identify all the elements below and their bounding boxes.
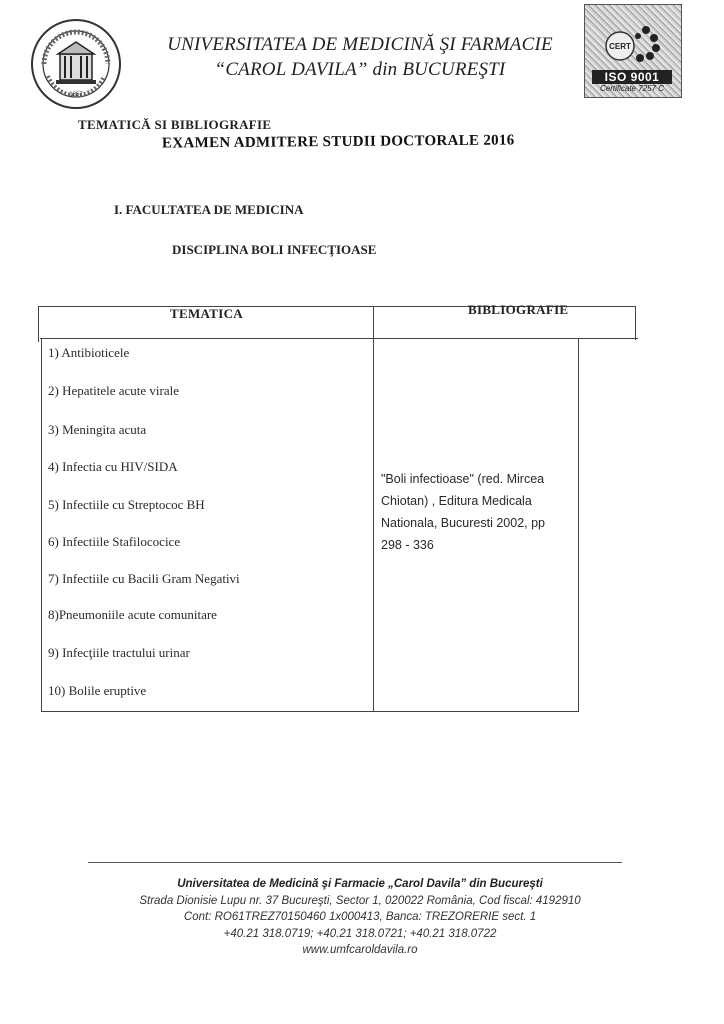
table-outer-left-border	[38, 306, 39, 342]
topic-item: 4) Infectia cu HIV/SIDA	[48, 459, 178, 475]
bibliography-line: "Boli infectioase" (red. Mircea	[381, 468, 581, 490]
svg-text:1857: 1857	[69, 92, 83, 98]
university-title: UNIVERSITATEA DE MEDICINĂ ŞI FARMACIE “C…	[150, 32, 570, 82]
exam-title: EXAMEN ADMITERE STUDII DOCTORALE 2016	[162, 132, 515, 152]
topic-item: 8)Pneumoniile acute comunitare	[48, 607, 217, 623]
bibliography-line: Chiotan) , Editura Medicala	[381, 490, 581, 512]
table-header-divider	[40, 338, 638, 339]
topic-item: 10) Bolile eruptive	[48, 683, 146, 699]
footer-institution: Universitatea de Medicină şi Farmacie „C…	[100, 876, 620, 893]
cert-iso-badge-icon: CERT ISO 9001 Certificate 7257 C	[584, 4, 680, 96]
university-seal-icon: 1857	[30, 18, 122, 110]
footer: Universitatea de Medicină şi Farmacie „C…	[100, 876, 620, 959]
table-left-border	[41, 338, 42, 712]
iso-label: ISO 9001	[592, 70, 672, 84]
iso-certificate-number: Certificate 7257 C	[586, 84, 678, 93]
table-right-border	[635, 306, 636, 340]
footer-phones: +40.21 318.0719; +40.21 318.0721; +40.21…	[100, 926, 620, 943]
topic-item: 2) Hepatitele acute virale	[48, 383, 179, 399]
bibliography-line: 298 - 336	[381, 534, 581, 556]
topic-item: 7) Infectiile cu Bacili Gram Negativi	[48, 571, 240, 587]
faculty-heading: I. FACULTATEA DE MEDICINA	[114, 202, 304, 218]
bibliography-reference: "Boli infectioase" (red. Mircea Chiotan)…	[381, 468, 581, 556]
topic-item: 9) Infecţiile tractului urinar	[48, 645, 190, 661]
footer-address: Strada Dionisie Lupu nr. 37 Bucureşti, S…	[100, 893, 620, 910]
bibliography-line: Nationala, Bucuresti 2002, pp	[381, 512, 581, 534]
university-title-line2: “CAROL DAVILA” din BUCUREŞTI	[150, 57, 570, 82]
column-header-tematica: TEMATICA	[170, 306, 243, 322]
topic-item: 6) Infectiile Stafilococice	[48, 534, 180, 550]
table-bottom-border	[41, 711, 579, 712]
footer-divider	[88, 862, 622, 863]
discipline-heading: DISCIPLINA BOLI INFECŢIOASE	[172, 242, 376, 258]
topic-item: 1) Antibioticele	[48, 345, 129, 361]
document-subtitle: TEMATICĂ SI BIBLIOGRAFIE	[78, 117, 271, 133]
footer-bank-account: Cont: RO61TREZ70150460 1x000413, Banca: …	[100, 909, 620, 926]
table-column-divider	[373, 306, 374, 712]
topic-item: 3) Meningita acuta	[48, 422, 146, 438]
footer-website: www.umfcaroldavila.ro	[100, 942, 620, 959]
column-header-bibliografie: BIBLIOGRAFIE	[468, 302, 568, 318]
university-title-line1: UNIVERSITATEA DE MEDICINĂ ŞI FARMACIE	[150, 32, 570, 57]
svg-text:CERT: CERT	[609, 42, 631, 51]
topic-item: 5) Infectiile cu Streptococ BH	[48, 497, 205, 513]
